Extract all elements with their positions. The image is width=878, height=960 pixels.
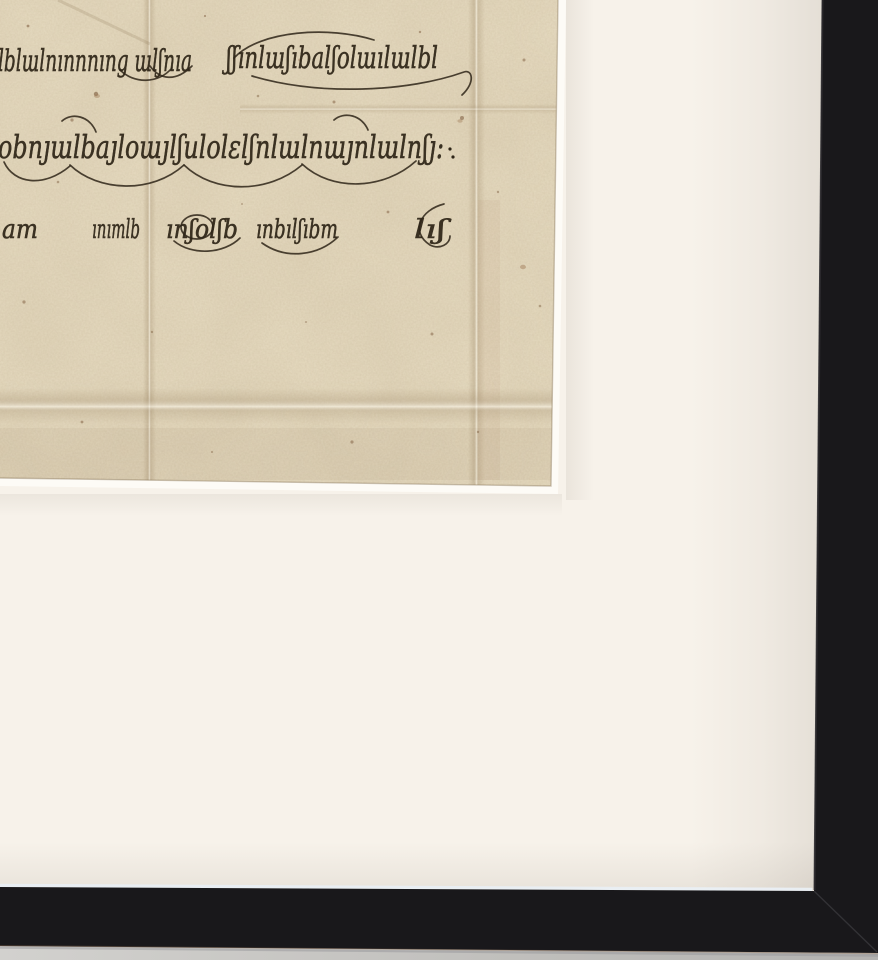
framed-manuscript-photo: lblɯlnınnnıng ɯlʃnıa ʃʃınlɯʃıbalʃolɯılɯl…	[0, 0, 878, 960]
picture-frame-layer	[0, 0, 878, 960]
picture-frame	[0, 0, 878, 953]
